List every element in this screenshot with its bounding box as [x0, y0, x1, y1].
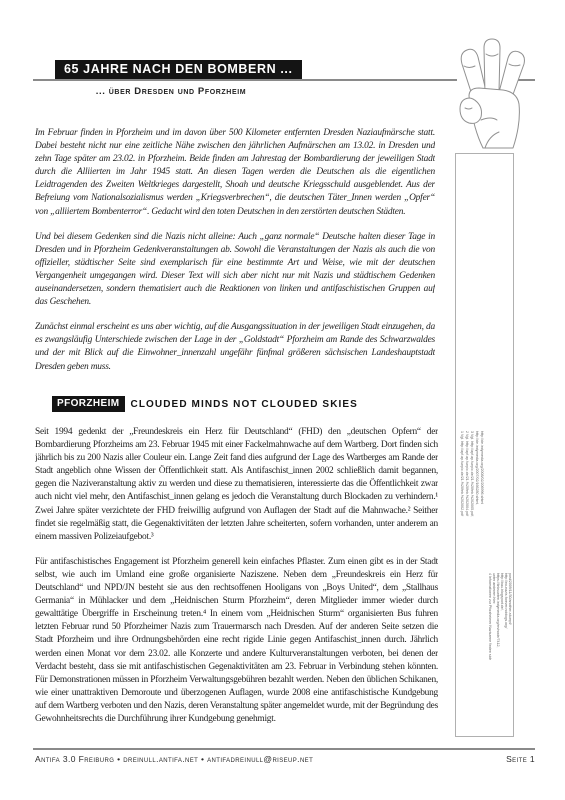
page-title: 65 JAHRE NACH DEN BOMBERN ... — [55, 60, 302, 79]
section-heading: CLOUDED MINDS NOT CLOUDED SKIES — [131, 399, 358, 410]
footer-credits: Antifa 3.0 Freiburg • dreinull.antifa.ne… — [35, 754, 313, 764]
footnote-line: http://de.indymedia.org/2008/02/206996.s… — [480, 431, 484, 504]
page-subtitle: ... über Dresden und Pforzheim — [55, 86, 287, 97]
intro-paragraph: Im Februar finden in Pforzheim und im da… — [35, 127, 435, 219]
intro-paragraph: Und bei diesem Gedenken sind die Nazis n… — [35, 231, 435, 310]
footer-rule — [33, 748, 535, 750]
zine-page: 65 JAHRE NACH DEN BOMBERN ... ... über D… — [0, 0, 565, 800]
intro-paragraph: Zunächst einmal erscheint es uns aber wi… — [35, 321, 435, 373]
body-section: Seit 1994 gedenkt der „Freundeskreis ein… — [35, 426, 438, 742]
header-rule-left — [33, 79, 457, 81]
footnote-line: 3 Vgl. http://apf.ap.funpic.de/21.%20feb… — [470, 431, 474, 517]
body-paragraph: Seit 1994 gedenkt der „Freundeskreis ein… — [35, 426, 438, 544]
page-number: Seite 1 — [440, 754, 535, 764]
three-finger-hand-icon — [445, 36, 545, 150]
footnote-line: post/2009/11/30/another-stumpf/ — [508, 573, 512, 625]
footnote-line: 1 Vgl. http://apf.ap.funpic.de/21.%20feb… — [460, 431, 464, 516]
section-label-chip: PFORZHEIM — [52, 396, 125, 412]
section-header: PFORZHEIM CLOUDED MINDS NOT CLOUDED SKIE… — [52, 396, 358, 412]
footnote-line: http://de.indymedia.org/2007/02/166280.s… — [475, 431, 479, 505]
footnote-line: 2 Vgl. http://apf.ap.funpic.de/21.%20feb… — [465, 431, 469, 516]
body-paragraph: Für antifaschistisches Engagement ist Pf… — [35, 556, 438, 726]
intro-section: Im Februar finden in Pforzheim und im da… — [35, 127, 435, 391]
